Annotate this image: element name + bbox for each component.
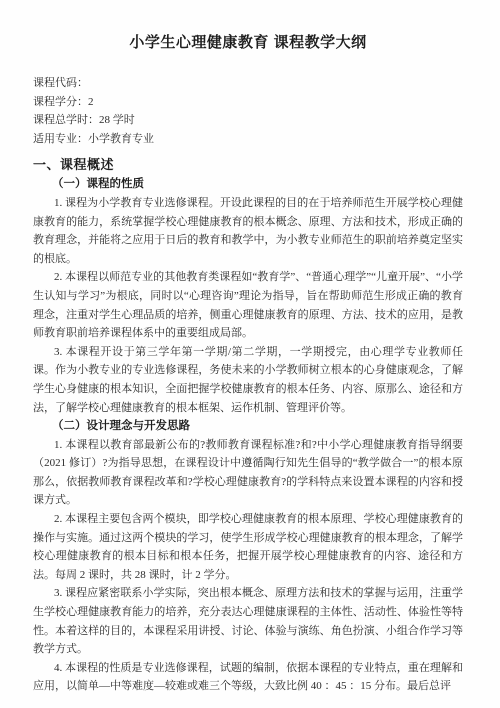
course-meta-block: 课程代码： 课程学分：2 课程总学时：28 学时 适用专业：小学教育专业 bbox=[33, 74, 463, 148]
meta-course-code: 课程代码： bbox=[33, 74, 463, 93]
paragraph-design-1: 1. 本课程以教育部最新公布的?教师教育课程标准?和?中小学心理健康教育指导纲要… bbox=[33, 436, 463, 510]
meta-total-hours: 课程总学时：28 学时 bbox=[33, 111, 463, 130]
meta-credits: 课程学分：2 bbox=[33, 93, 463, 112]
paragraph-design-4: 4. 本课程的性质是专业选修课程，试题的编制，依据本课程的专业特点，重在理解和应… bbox=[33, 659, 463, 696]
paragraph-design-2: 2. 本课程主要包含两个模块，即学校心理健康教育的根本原理、学校心理健康教育的操… bbox=[33, 510, 463, 584]
paragraph-design-3: 3. 课程应紧密联系小学实际，突出根本概念、原理方法和技术的掌握与运用，注重学生… bbox=[33, 584, 463, 658]
paragraph-nature-3: 3. 本课程开设于第三学年第一学期/第二学期，一学期授完，由心理学专业教师任课。… bbox=[33, 343, 463, 417]
section-heading-course-overview: 一、课程概述 bbox=[33, 155, 463, 175]
document-page: 小学生心理健康教育 课程教学大纲 课程代码： 课程学分：2 课程总学时：28 学… bbox=[0, 0, 500, 708]
subsection-heading-course-nature: （一）课程的性质 bbox=[33, 175, 463, 194]
document-title: 小学生心理健康教育 课程教学大纲 bbox=[33, 32, 463, 54]
paragraph-nature-2: 2. 本课程以师范专业的其他教育类课程如“教育学”、“普通心理学”“儿童开展”、… bbox=[33, 268, 463, 342]
paragraph-nature-1: 1. 课程为小学教育专业选修课程。开设此课程的目的在于培养师范生开展学校心理健康… bbox=[33, 194, 463, 268]
subsection-heading-design-concept: （二）设计理念与开发思路 bbox=[33, 417, 463, 436]
meta-applicable-major: 适用专业：小学教育专业 bbox=[33, 130, 463, 149]
